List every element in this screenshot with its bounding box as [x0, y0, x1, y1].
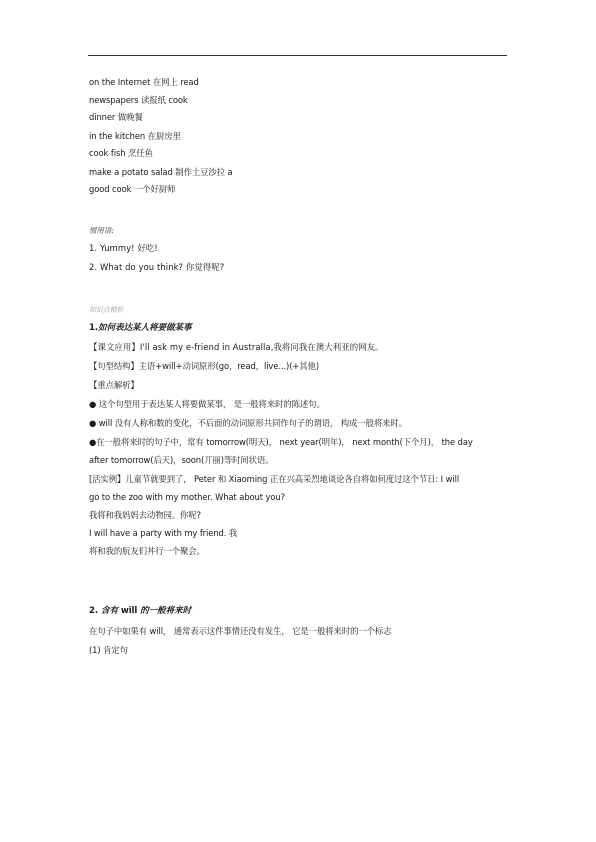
point2-title-prefix: 含有 — [101, 606, 118, 616]
vocab-line: make a potato salad 制作土豆沙拉 a — [89, 167, 233, 178]
body-line: 我将和我妈妈去动物园。你呢? — [89, 510, 201, 521]
body-line: 【课文应用】I'll ask my e-friend in Australla,… — [89, 342, 384, 353]
point2-title-suffix: 的一般将来时 — [140, 606, 191, 616]
point1-heading: 1.如何表达某人将要做某事 — [89, 323, 191, 334]
document-page: on the Internet 在网上 read newspapers 读报纸 … — [0, 0, 596, 842]
section-label: 知识点精析 — [89, 305, 124, 316]
body-line: 在句子中如果有 will， 通常表示这件事情还没有发生， 它是一般将来时的一个标… — [89, 626, 391, 637]
body-line: ● will 没有人称和数的变化，不后面的动词原形共同作句子的谓语， 构成一般将… — [89, 418, 407, 429]
point1-title: 如何表达某人将要做某事 — [98, 323, 191, 333]
body-line: go to the zoo with my mother. What about… — [89, 492, 285, 503]
vocab-line: on the Internet 在网上 read — [89, 77, 199, 88]
vocab-line: in the kitchen 在厨房里 — [89, 131, 181, 142]
body-line: after tomorrow(后天)，soon(丌丽)等时间状语。 — [89, 455, 274, 466]
vocab-line: newspapers 读报纸 cook — [89, 95, 188, 106]
point2-number: 2. — [89, 606, 98, 616]
body-line: ●在一般将来时的句子中，常有 tomorrow(明天)， next year(明… — [89, 437, 473, 448]
vocab-line: good cook 一个好厨师 — [89, 184, 175, 195]
body-line: (1) 肯定句 — [89, 645, 128, 656]
vocab-line: dinner 做晚餐 — [89, 112, 143, 123]
body-line: 将和我的朊友们丼行一个聚会。 — [89, 546, 205, 557]
idiom-item: 2. What do you think? 你觉得呢? — [89, 262, 224, 273]
body-line: 【句型结构】主语+will+动词原形(go，read，live...)(+其他) — [89, 361, 319, 372]
point1-number: 1. — [89, 323, 98, 333]
header-rule — [88, 55, 507, 56]
idiom-item: 1. Yummy! 好吃! — [89, 243, 158, 254]
idioms-heading: 惯用语: — [89, 225, 114, 236]
body-line: ● 这个句型用于表达某人将要做某事， 是一般将来时的陈述句。 — [89, 399, 325, 410]
body-line: I will have a party with my friend. 我 — [89, 528, 237, 539]
point2-will: will — [121, 606, 137, 616]
body-line: 【重点解析】 — [89, 380, 139, 391]
vocab-line: cook fish 烹任鱼 — [89, 148, 153, 159]
point2-heading: 2. 含有 will 的一般将来时 — [89, 606, 191, 617]
body-line: [活实例】儿童节就要到了， Peter 和 Xiaoming 正在兴高采烈地谈论… — [89, 474, 459, 485]
